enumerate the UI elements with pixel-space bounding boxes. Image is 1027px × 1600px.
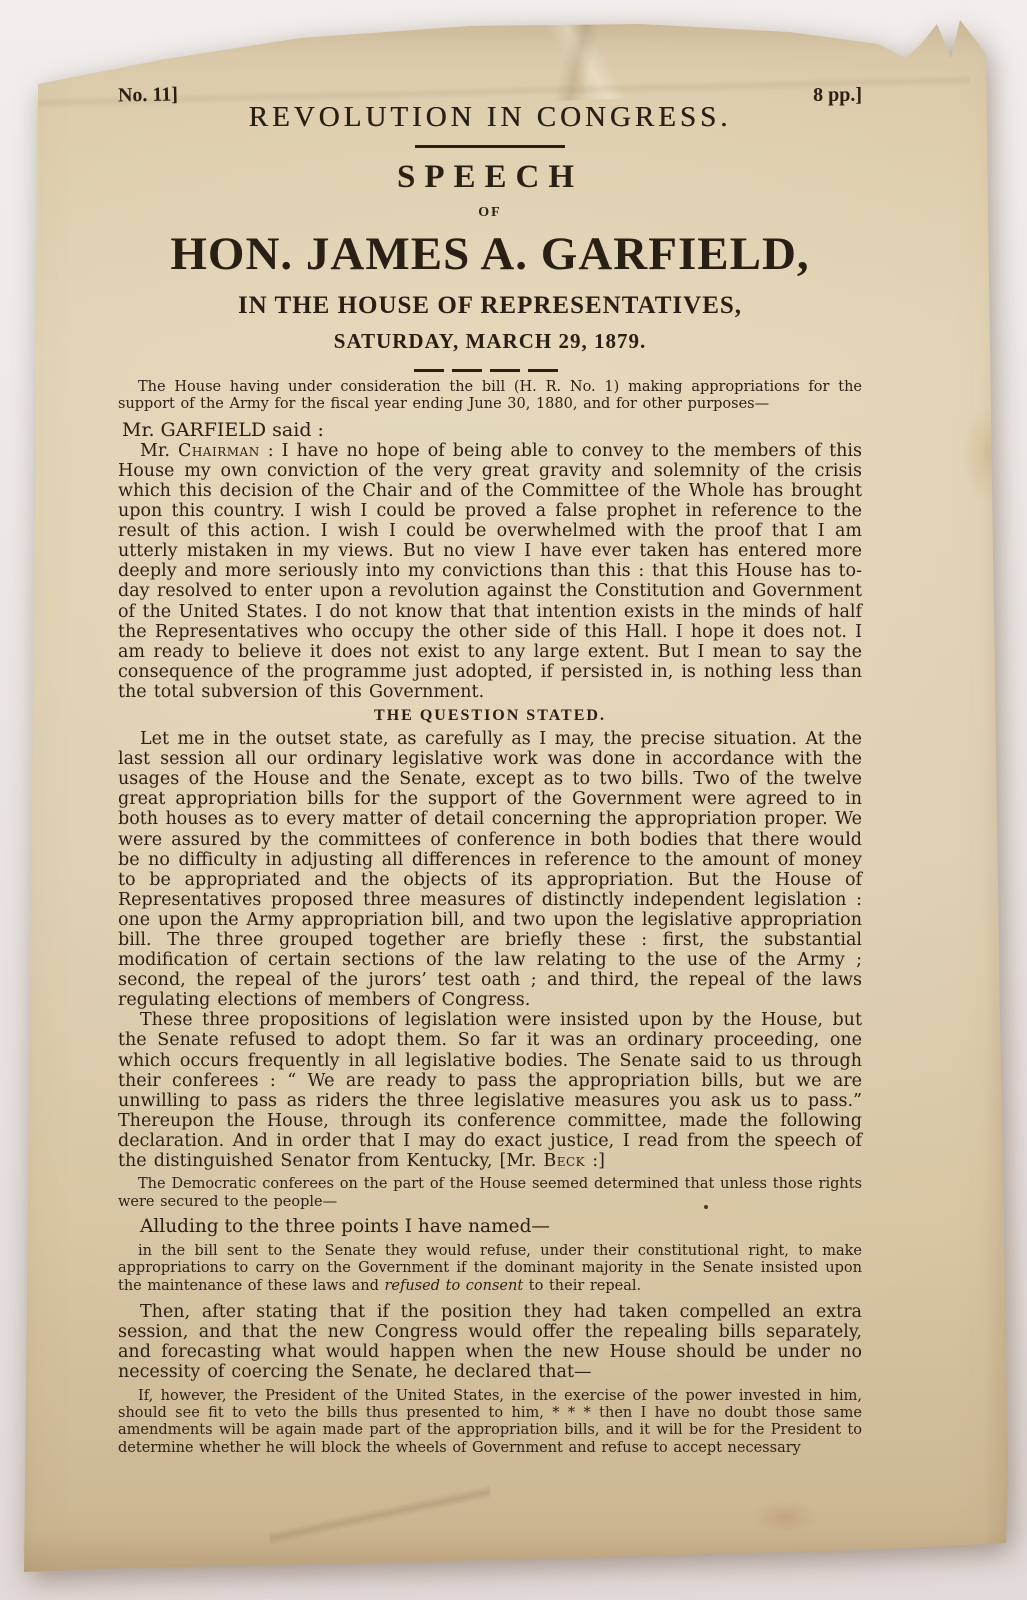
paragraph-question-stated: Let me in the outset state, as carefully…	[118, 729, 862, 1010]
bill-preamble: The House having under consideration the…	[118, 379, 862, 414]
paragraph-then-after: Then, after stating that if the position…	[118, 1302, 862, 1382]
paper-crease-bottom	[270, 1480, 490, 1550]
pamphlet-page-wrap: No. 11] 8 pp.] REVOLUTION IN CONGRESS. S…	[0, 0, 1027, 1600]
series-title: REVOLUTION IN CONGRESS.	[118, 101, 862, 134]
paragraph-opening: Mr. Chairman : I have no hope of being a…	[118, 441, 862, 702]
quote-constitutional-right-end: to their repeal.	[523, 1278, 641, 1294]
alluding-line: Alluding to the three points I have name…	[118, 1216, 862, 1238]
pamphlet-page: No. 11] 8 pp.] REVOLUTION IN CONGRESS. S…	[0, 0, 1027, 1600]
page-count: 8 pp.]	[813, 84, 862, 107]
of-label: OF	[118, 205, 862, 221]
photo-backdrop: No. 11] 8 pp.] REVOLUTION IN CONGRESS. S…	[0, 0, 1027, 1600]
quote-constitutional-right: in the bill sent to the Senate they woul…	[118, 1243, 862, 1295]
speaker-said-line: Mr. GARFIELD said :	[118, 419, 862, 441]
venue-line: IN THE HOUSE OF REPRESENTATIVES,	[118, 292, 862, 320]
title-rule	[415, 145, 565, 148]
beck-smallcaps: Beck	[543, 1151, 585, 1171]
honorific: Mr.	[140, 441, 178, 461]
chairman-smallcaps: Chairman	[178, 441, 260, 461]
date-line: SATURDAY, MARCH 29, 1879.	[118, 329, 862, 354]
paragraph-three-propositions: These three propositions of legislation …	[118, 1010, 862, 1171]
paper-stain-bottom	[740, 1495, 830, 1540]
paper-stain-right-edge	[946, 390, 1016, 520]
paragraph-three-propositions-end: :]	[585, 1151, 605, 1171]
printed-text-block: No. 11] 8 pp.] REVOLUTION IN CONGRESS. S…	[118, 84, 862, 1457]
section-heading: THE QUESTION STATED.	[118, 707, 862, 725]
date-rule	[414, 369, 566, 372]
speaker-name: HON. JAMES A. GARFIELD,	[118, 227, 862, 281]
issue-number: No. 11]	[118, 83, 178, 107]
paragraph-opening-text: : I have no hope of being able to convey…	[118, 441, 862, 702]
quote-president-veto: If, however, the President of the United…	[118, 1388, 862, 1458]
quote-democratic-conferees: The Democratic conferees on the part of …	[118, 1176, 862, 1211]
paragraph-three-propositions-text: These three propositions of legislation …	[118, 1010, 862, 1171]
refused-to-consent-italic: refused to consent	[384, 1278, 523, 1294]
speech-label: SPEECH	[118, 159, 862, 196]
